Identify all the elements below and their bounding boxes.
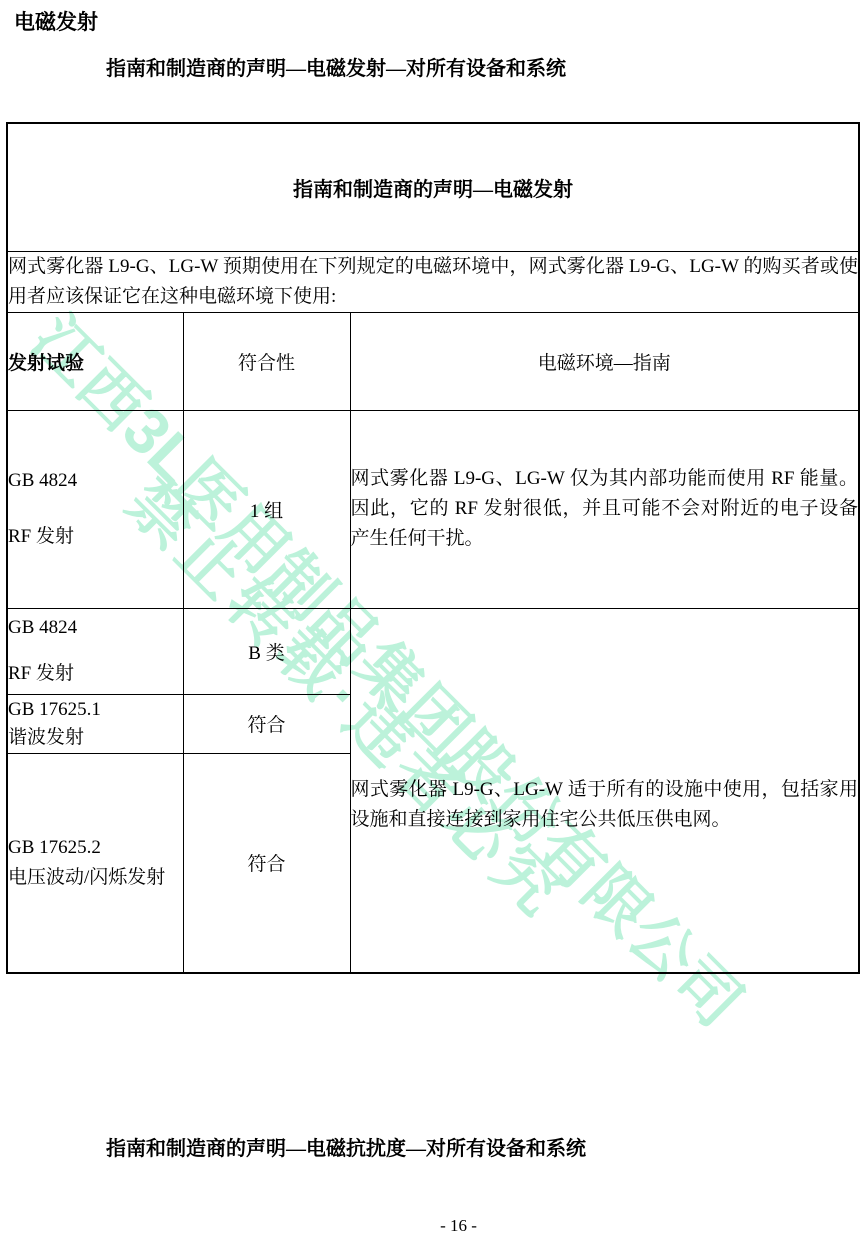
compliance-cell: 符合 bbox=[183, 694, 350, 753]
page-number: - 16 - bbox=[0, 1216, 865, 1236]
column-header-test: 发射试验 bbox=[7, 312, 183, 410]
guidance-cell-merged: 网式雾化器 L9-G、LG-W 适于所有的设施中使用，包括家用设施和直接连接到家… bbox=[350, 608, 859, 973]
section-title: 电磁发射 bbox=[14, 6, 98, 36]
column-header-guidance: 电磁环境—指南 bbox=[350, 312, 859, 410]
table-row: 指南和制造商的声明—电磁发射 bbox=[7, 123, 859, 251]
table-row: 网式雾化器 L9-G、LG-W 预期使用在下列规定的电磁环境中，网式雾化器 L9… bbox=[7, 251, 859, 312]
test-standard: GB 4824 bbox=[8, 466, 183, 496]
emission-test-cell: GB 17625.2 电压波动/闪烁发射 bbox=[7, 753, 183, 973]
table-intro-cell: 网式雾化器 L9-G、LG-W 预期使用在下列规定的电磁环境中，网式雾化器 L9… bbox=[7, 251, 859, 312]
test-standard: GB 17625.2 bbox=[8, 833, 183, 863]
test-standard: GB 4824 bbox=[8, 613, 183, 643]
test-name: RF 发射 bbox=[8, 522, 183, 552]
column-header-compliance: 符合性 bbox=[183, 312, 350, 410]
emission-test-cell: GB 4824 RF 发射 bbox=[7, 410, 183, 608]
table-header-row: 发射试验 符合性 电磁环境—指南 bbox=[7, 312, 859, 410]
test-name: 电压波动/闪烁发射 bbox=[8, 863, 183, 893]
guidance-cell: 网式雾化器 L9-G、LG-W 仅为其内部功能而使用 RF 能量。因此，它的 R… bbox=[350, 410, 859, 608]
emission-test-cell: GB 17625.1 谐波发射 bbox=[7, 694, 183, 753]
document-page: 江西3L医用制品集团股份有限公司 禁止转载·违者必究 电磁发射 指南和制造商的声… bbox=[0, 0, 865, 1244]
test-standard: GB 17625.1 bbox=[8, 696, 183, 724]
emissions-table: 指南和制造商的声明—电磁发射 网式雾化器 L9-G、LG-W 预期使用在下列规定… bbox=[6, 122, 860, 974]
compliance-cell: 符合 bbox=[183, 753, 350, 973]
table-row: GB 4824 RF 发射 B 类 网式雾化器 L9-G、LG-W 适于所有的设… bbox=[7, 608, 859, 694]
emission-test-cell: GB 4824 RF 发射 bbox=[7, 608, 183, 694]
emissions-declaration-heading: 指南和制造商的声明—电磁发射—对所有设备和系统 bbox=[106, 52, 566, 81]
immunity-declaration-heading: 指南和制造商的声明—电磁抗扰度—对所有设备和系统 bbox=[106, 1132, 586, 1161]
compliance-cell: B 类 bbox=[183, 608, 350, 694]
page-content: 电磁发射 指南和制造商的声明—电磁发射—对所有设备和系统 指南和制造商的声明—电… bbox=[0, 0, 865, 1244]
test-name: 谐波发射 bbox=[8, 724, 183, 752]
table-title-cell: 指南和制造商的声明—电磁发射 bbox=[7, 123, 859, 251]
test-name: RF 发射 bbox=[8, 659, 183, 689]
compliance-cell: 1 组 bbox=[183, 410, 350, 608]
table-row: GB 4824 RF 发射 1 组 网式雾化器 L9-G、LG-W 仅为其内部功… bbox=[7, 410, 859, 608]
